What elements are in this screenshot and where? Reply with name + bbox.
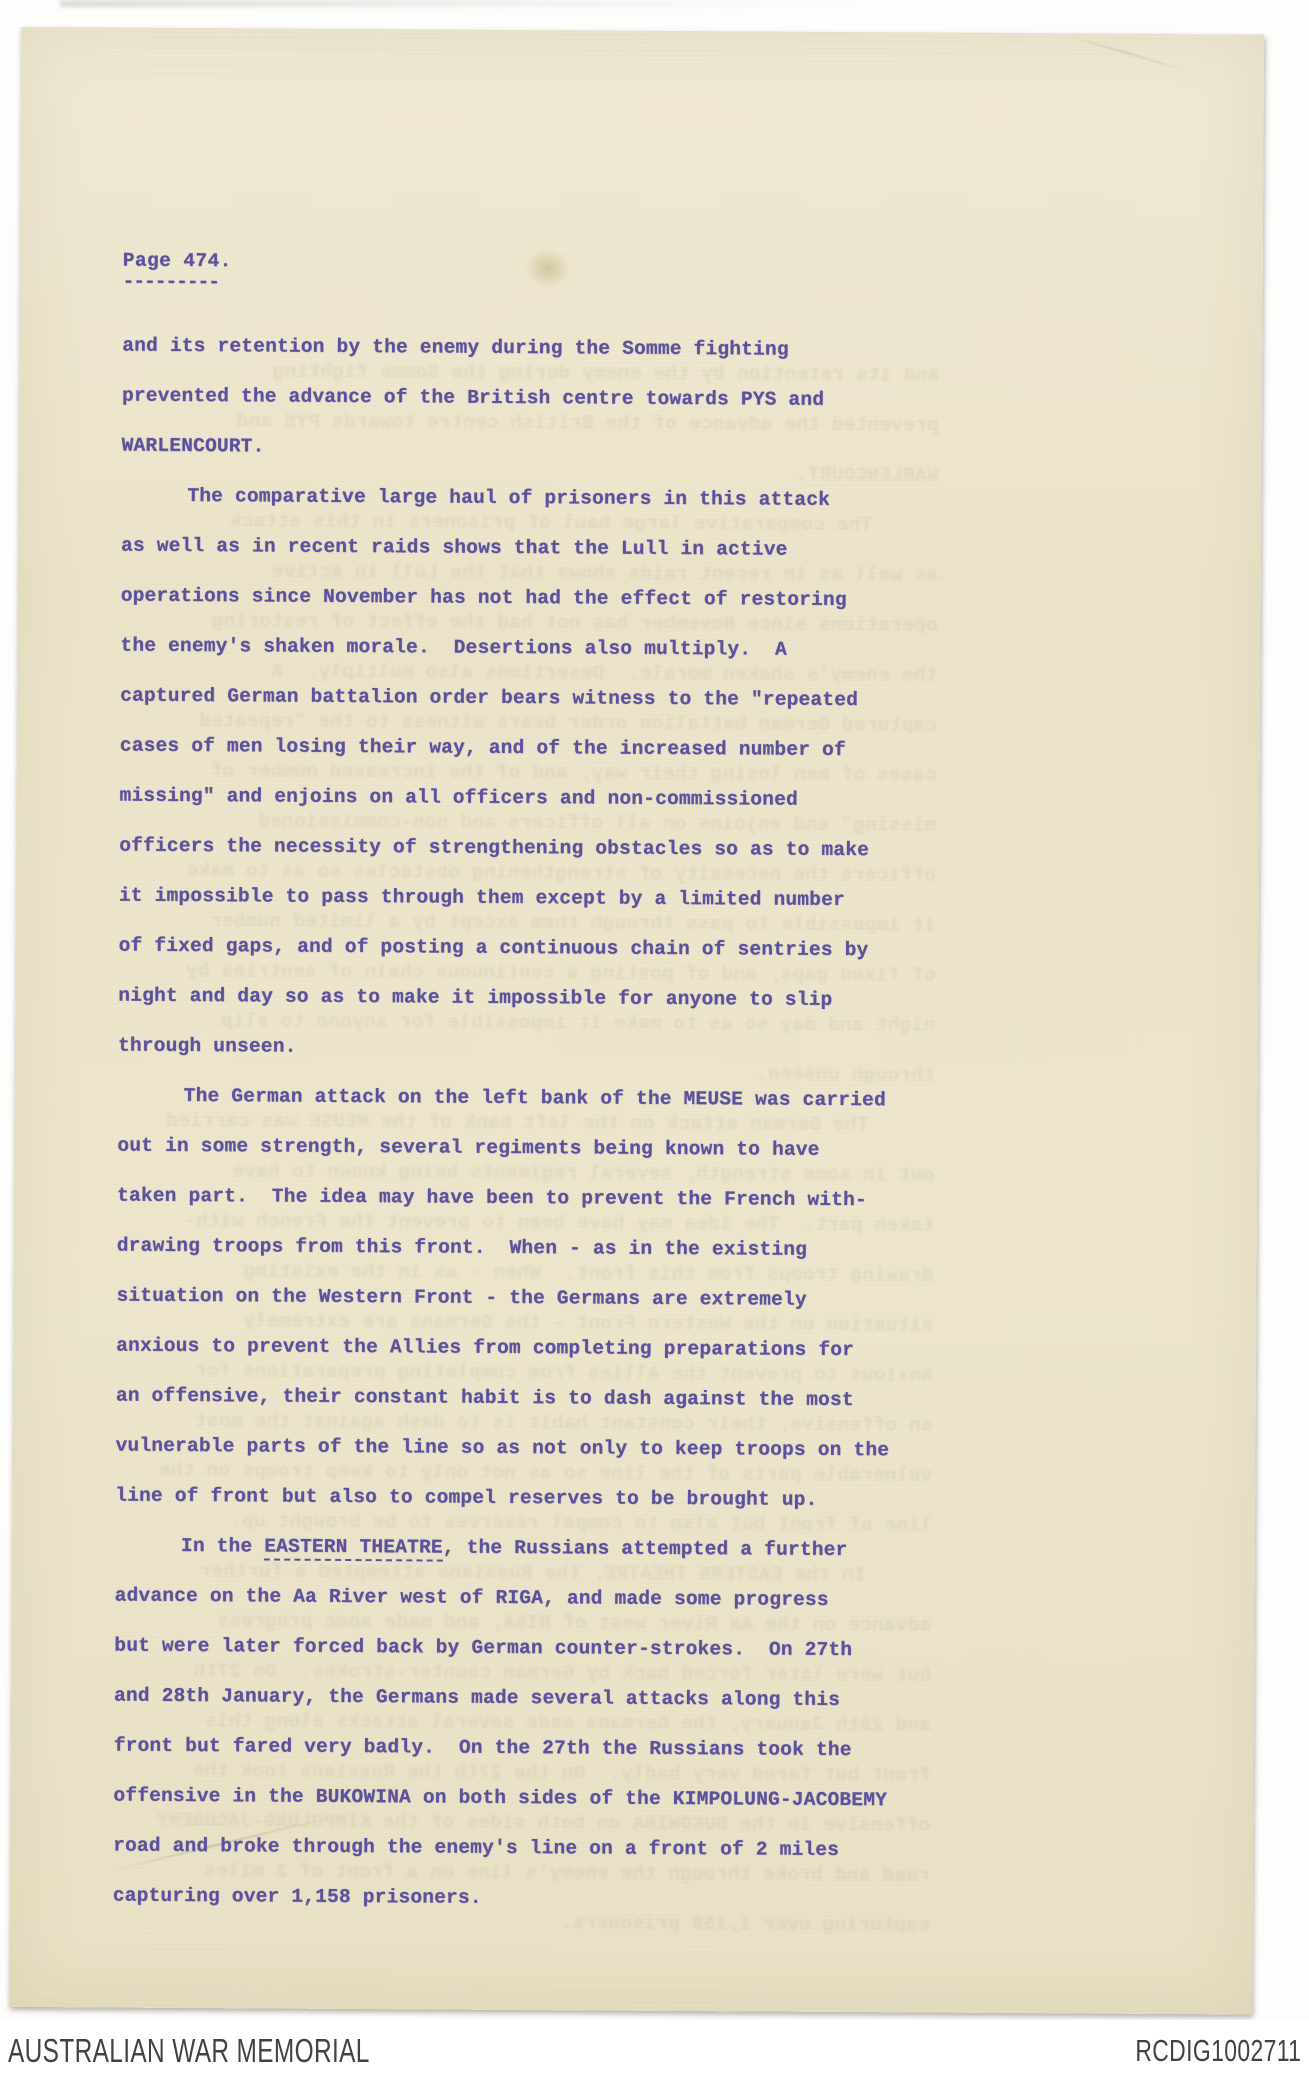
typed-line: of fixed gaps, and of posting a continuo… bbox=[118, 921, 968, 976]
typed-line: officers the necessity of strengthening … bbox=[119, 821, 969, 876]
typed-line: it impossible to pass through them excep… bbox=[119, 871, 969, 926]
paper-sheet: and its retention by the enemy during th… bbox=[9, 27, 1264, 2015]
typed-text: anxious to prevent the Allies from compl… bbox=[116, 1335, 854, 1362]
typed-line: The comparative large haul of prisoners … bbox=[121, 471, 971, 526]
typed-line: the enemy's shaken morale. Desertions al… bbox=[120, 621, 970, 676]
typed-text: through unseen. bbox=[118, 1035, 297, 1058]
typed-text: but were later forced back by German cou… bbox=[114, 1635, 852, 1662]
underlined-text: EASTERN THEATRE bbox=[264, 1535, 443, 1561]
typed-line: In the EASTERN THEATRE, the Russians att… bbox=[115, 1521, 965, 1576]
typed-text: taken part. The idea may have been to pr… bbox=[117, 1185, 867, 1212]
typed-text: capturing over 1,158 prisoners. bbox=[113, 1885, 482, 1909]
typed-line: capturing over 1,158 prisoners. bbox=[113, 1871, 963, 1926]
typed-text: In the bbox=[181, 1535, 264, 1558]
typed-text: out in some strength, several regiments … bbox=[117, 1135, 819, 1161]
typed-line: night and day so as to make it impossibl… bbox=[118, 971, 968, 1026]
typed-text: line of front but also to compel reserve… bbox=[115, 1485, 817, 1511]
typed-line: front but fared very badly. On the 27th … bbox=[114, 1721, 964, 1776]
typed-line: offensive in the BUKOWINA on both sides … bbox=[113, 1771, 963, 1826]
typed-line: situation on the Western Front - the Ger… bbox=[116, 1271, 966, 1326]
typed-line: advance on the Aa River west of RIGA, an… bbox=[114, 1571, 964, 1626]
typed-text: drawing troops from this front. When - a… bbox=[117, 1235, 807, 1261]
typed-line: anxious to prevent the Allies from compl… bbox=[116, 1321, 966, 1376]
typed-text: missing" and enjoins on all officers and… bbox=[119, 785, 798, 811]
typed-line: road and broke through the enemy's line … bbox=[113, 1821, 963, 1876]
scanner-edge-smudge bbox=[60, 0, 860, 7]
archive-name: AUSTRALIAN WAR MEMORIAL bbox=[8, 2032, 370, 2070]
typed-line: vulnerable parts of the line so as not o… bbox=[115, 1421, 965, 1476]
typed-line: and its retention by the enemy during th… bbox=[122, 321, 972, 376]
typed-text: , the Russians attempted a further bbox=[443, 1537, 848, 1561]
typed-text: and its retention by the enemy during th… bbox=[122, 335, 789, 361]
archive-footer: AUSTRALIAN WAR MEMORIAL RCDIG1002711 bbox=[0, 2020, 1309, 2082]
typed-line: WARLENCOURT. bbox=[122, 421, 972, 476]
page-number-underline: --------- bbox=[123, 271, 219, 294]
typed-line: missing" and enjoins on all officers and… bbox=[119, 771, 969, 826]
typed-line: drawing troops from this front. When - a… bbox=[117, 1221, 967, 1276]
typed-line: out in some strength, several regiments … bbox=[117, 1121, 967, 1176]
typed-line: captured German battalion order bears wi… bbox=[120, 671, 970, 726]
typed-text: as well as in recent raids shows that th… bbox=[121, 535, 788, 561]
typed-text: WARLENCOURT. bbox=[122, 435, 265, 458]
typed-text: cases of men losing their way, and of th… bbox=[120, 735, 846, 761]
typed-content: Page 474. --------- and its retention by… bbox=[9, 27, 1264, 2015]
typed-text: advance on the Aa River west of RIGA, an… bbox=[115, 1585, 829, 1611]
typed-line: taken part. The idea may have been to pr… bbox=[117, 1171, 967, 1226]
typed-text: The comparative large haul of prisoners … bbox=[187, 485, 830, 511]
typed-text: prevented the advance of the British cen… bbox=[122, 385, 824, 411]
typed-line: an offensive, their constant habit is to… bbox=[116, 1371, 966, 1426]
typed-text: vulnerable parts of the line so as not o… bbox=[115, 1435, 889, 1462]
typed-line: and 28th January, the Germans made sever… bbox=[114, 1671, 964, 1726]
archive-reference-id: RCDIG1002711 bbox=[1135, 2033, 1301, 2069]
typed-text: it impossible to pass through them excep… bbox=[119, 885, 845, 911]
typed-line: The German attack on the left bank of th… bbox=[118, 1071, 968, 1126]
page-number-label: Page 474. bbox=[123, 250, 232, 273]
typed-text: captured German battalion order bears wi… bbox=[120, 685, 858, 712]
typed-text: offensive in the BUKOWINA on both sides … bbox=[113, 1785, 887, 1812]
document-body: and its retention by the enemy during th… bbox=[113, 321, 973, 1926]
typed-text: front but fared very badly. On the 27th … bbox=[114, 1735, 852, 1762]
typed-line: cases of men losing their way, and of th… bbox=[120, 721, 970, 776]
typed-text: road and broke through the enemy's line … bbox=[113, 1835, 839, 1861]
typed-line: prevented the advance of the British cen… bbox=[122, 371, 972, 426]
typed-line: but were later forced back by German cou… bbox=[114, 1621, 964, 1676]
typed-text: operations since November has not had th… bbox=[121, 585, 847, 611]
typed-text: an offensive, their constant habit is to… bbox=[116, 1385, 854, 1412]
typed-text: The German attack on the left bank of th… bbox=[184, 1085, 886, 1111]
typed-line: through unseen. bbox=[118, 1021, 968, 1076]
typed-line: line of front but also to compel reserve… bbox=[115, 1471, 965, 1526]
typed-text: of fixed gaps, and of posting a continuo… bbox=[119, 935, 869, 962]
typed-text: night and day so as to make it impossibl… bbox=[118, 985, 832, 1011]
typed-text: the enemy's shaken morale. Desertions al… bbox=[120, 635, 787, 661]
scanned-document-page: and its retention by the enemy during th… bbox=[0, 0, 1309, 2082]
typed-text: officers the necessity of strengthening … bbox=[119, 835, 869, 862]
typed-line: operations since November has not had th… bbox=[121, 571, 971, 626]
typed-text: and 28th January, the Germans made sever… bbox=[114, 1685, 840, 1711]
typed-line: as well as in recent raids shows that th… bbox=[121, 521, 971, 576]
typed-text: situation on the Western Front - the Ger… bbox=[116, 1285, 806, 1311]
